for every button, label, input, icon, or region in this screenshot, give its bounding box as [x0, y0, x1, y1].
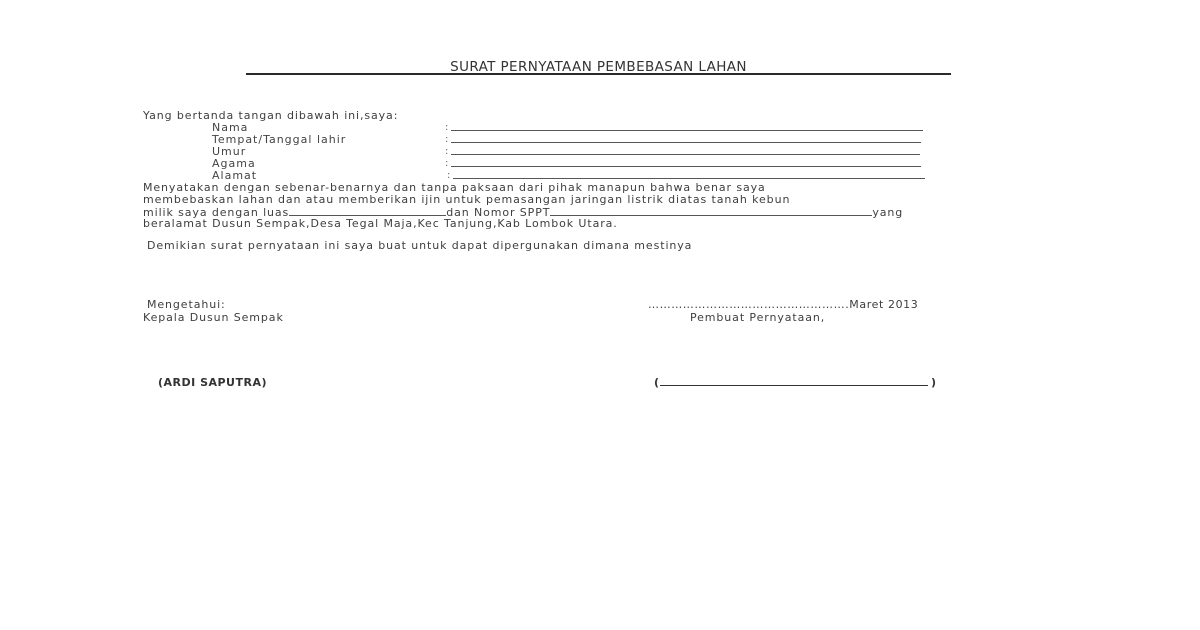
- yang-text: yang: [872, 206, 903, 219]
- left-signature-role: Kepala Dusun Sempak: [143, 312, 284, 324]
- field-blank-agama: [451, 166, 921, 167]
- field-blank-nama: [451, 130, 923, 131]
- field-colon: :: [445, 146, 448, 158]
- field-blank-alamat: [453, 178, 925, 179]
- intro-text: Yang bertanda tangan dibawah ini,saya:: [143, 110, 398, 122]
- field-colon: :: [445, 158, 448, 170]
- closing-text: Demikian surat pernyataan ini saya buat …: [147, 240, 692, 252]
- statement-line-4: beralamat Dusun Sempak,Desa Tegal Maja,K…: [143, 218, 618, 230]
- field-blank-umur: [451, 154, 920, 155]
- date-line: …………………………………………….Maret 2013: [648, 299, 918, 311]
- right-signature-role: Pembuat Pernyataan,: [690, 312, 825, 324]
- left-signature-name: (ARDI SAPUTRA): [158, 376, 267, 389]
- luas-blank: [289, 206, 446, 216]
- field-colon: :: [445, 122, 448, 134]
- signature-close-paren: ): [931, 376, 936, 389]
- field-blank-tempat-tanggal-lahir: [451, 142, 921, 143]
- statement-line-2: membebaskan lahan dan atau memberikan ij…: [143, 194, 790, 206]
- left-signature-heading: Mengetahui:: [147, 299, 226, 311]
- document-title: SURAT PERNYATAAN PEMBEBASAN LAHAN: [450, 59, 747, 75]
- signature-blank-line: [660, 385, 928, 386]
- signature-open-paren: (: [654, 376, 659, 389]
- document-page: SURAT PERNYATAAN PEMBEBASAN LAHAN Yang b…: [0, 0, 1200, 630]
- sppt-blank: [550, 206, 872, 216]
- field-colon: :: [445, 134, 448, 146]
- title-underline: SURAT PERNYATAAN PEMBEBASAN LAHAN: [246, 56, 951, 75]
